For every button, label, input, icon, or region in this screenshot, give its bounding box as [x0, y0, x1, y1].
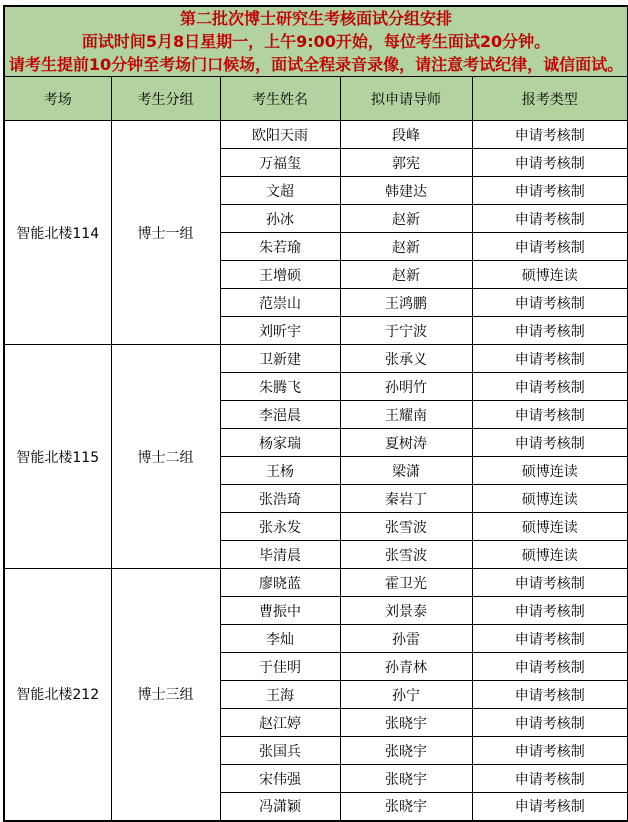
student-name-cell: 宋伟强	[220, 765, 340, 793]
mentor-cell: 梁潇	[340, 457, 472, 485]
mentor-cell: 韩建达	[340, 177, 472, 205]
application-type-cell: 申请考核制	[472, 597, 628, 625]
interview-schedule-table: 第二批次博士研究生考核面试分组安排 面试时间5月8日星期一，上午9:00开始，每…	[3, 5, 628, 822]
mentor-cell: 孙明竹	[340, 373, 472, 401]
application-type-cell: 申请考核制	[472, 121, 628, 149]
application-type-cell: 申请考核制	[472, 233, 628, 261]
column-header-type: 报考类型	[472, 77, 628, 121]
application-type-cell: 申请考核制	[472, 289, 628, 317]
application-type-cell: 申请考核制	[472, 653, 628, 681]
application-type-cell: 申请考核制	[472, 345, 628, 373]
student-name-cell: 朱若瑜	[220, 233, 340, 261]
student-name-cell: 曹振中	[220, 597, 340, 625]
student-name-cell: 张浩琦	[220, 485, 340, 513]
student-name-cell: 文超	[220, 177, 340, 205]
application-type-cell: 申请考核制	[472, 569, 628, 597]
mentor-cell: 赵新	[340, 233, 472, 261]
mentor-cell: 张晓宇	[340, 709, 472, 737]
mentor-cell: 于宁波	[340, 317, 472, 345]
student-name-cell: 李浥晨	[220, 401, 340, 429]
mentor-cell: 孙宁	[340, 681, 472, 709]
page-title: 第二批次博士研究生考核面试分组安排	[5, 7, 627, 30]
title-banner: 第二批次博士研究生考核面试分组安排 面试时间5月8日星期一，上午9:00开始，每…	[4, 6, 628, 77]
group-cell: 博士二组	[111, 345, 220, 569]
mentor-cell: 霍卫光	[340, 569, 472, 597]
mentor-cell: 孙青林	[340, 653, 472, 681]
student-name-cell: 杨家瑞	[220, 429, 340, 457]
mentor-cell: 王鸿鹏	[340, 289, 472, 317]
mentor-cell: 张晓宇	[340, 765, 472, 793]
application-type-cell: 硕博连读	[472, 541, 628, 569]
mentor-cell: 张承义	[340, 345, 472, 373]
table-row: 智能北楼212博士三组廖晓蓝霍卫光申请考核制	[4, 569, 628, 597]
application-type-cell: 申请考核制	[472, 317, 628, 345]
student-name-cell: 廖晓蓝	[220, 569, 340, 597]
application-type-cell: 申请考核制	[472, 765, 628, 793]
student-name-cell: 朱腾飞	[220, 373, 340, 401]
application-type-cell: 硕博连读	[472, 485, 628, 513]
student-name-cell: 王杨	[220, 457, 340, 485]
mentor-cell: 王耀南	[340, 401, 472, 429]
table-row: 智能北楼115博士二组卫新建张承义申请考核制	[4, 345, 628, 373]
table-row: 智能北楼114博士一组欧阳天雨段峰申请考核制	[4, 121, 628, 149]
interview-time-line: 面试时间5月8日星期一，上午9:00开始，每位考生面试20分钟。	[5, 30, 627, 53]
student-name-cell: 冯潇颖	[220, 793, 340, 821]
application-type-cell: 申请考核制	[472, 149, 628, 177]
mentor-cell: 张晓宇	[340, 793, 472, 821]
room-cell: 智能北楼115	[4, 345, 111, 569]
title-banner-row: 第二批次博士研究生考核面试分组安排 面试时间5月8日星期一，上午9:00开始，每…	[4, 6, 628, 77]
student-name-cell: 王海	[220, 681, 340, 709]
application-type-cell: 申请考核制	[472, 793, 628, 821]
application-type-cell: 申请考核制	[472, 737, 628, 765]
application-type-cell: 硕博连读	[472, 513, 628, 541]
mentor-cell: 赵新	[340, 261, 472, 289]
column-header-room: 考场	[4, 77, 111, 121]
mentor-cell: 秦岩丁	[340, 485, 472, 513]
application-type-cell: 申请考核制	[472, 401, 628, 429]
student-name-cell: 欧阳天雨	[220, 121, 340, 149]
group-cell: 博士一组	[111, 121, 220, 345]
student-name-cell: 赵江婷	[220, 709, 340, 737]
mentor-cell: 赵新	[340, 205, 472, 233]
application-type-cell: 申请考核制	[472, 429, 628, 457]
schedule-table-body: 智能北楼114博士一组欧阳天雨段峰申请考核制万福玺郭宪申请考核制文超韩建达申请考…	[4, 121, 628, 821]
student-name-cell: 李灿	[220, 625, 340, 653]
student-name-cell: 王增硕	[220, 261, 340, 289]
room-cell: 智能北楼114	[4, 121, 111, 345]
student-name-cell: 张永发	[220, 513, 340, 541]
application-type-cell: 申请考核制	[472, 177, 628, 205]
application-type-cell: 申请考核制	[472, 205, 628, 233]
mentor-cell: 孙雷	[340, 625, 472, 653]
student-name-cell: 范崇山	[220, 289, 340, 317]
mentor-cell: 郭宪	[340, 149, 472, 177]
mentor-cell: 段峰	[340, 121, 472, 149]
student-name-cell: 毕清晨	[220, 541, 340, 569]
student-name-cell: 于佳明	[220, 653, 340, 681]
student-name-cell: 孙冰	[220, 205, 340, 233]
column-header-mentor: 拟申请导师	[340, 77, 472, 121]
mentor-cell: 刘景泰	[340, 597, 472, 625]
application-type-cell: 硕博连读	[472, 261, 628, 289]
application-type-cell: 申请考核制	[472, 373, 628, 401]
student-name-cell: 刘昕宇	[220, 317, 340, 345]
application-type-cell: 申请考核制	[472, 709, 628, 737]
notice-line: 请考生提前10分钟至考场门口候场，面试全程录音录像，请注意考试纪律，诚信面试。	[5, 53, 627, 76]
column-header-name: 考生姓名	[220, 77, 340, 121]
column-header-row: 考场 考生分组 考生姓名 拟申请导师 报考类型	[4, 77, 628, 121]
application-type-cell: 申请考核制	[472, 625, 628, 653]
mentor-cell: 张晓宇	[340, 737, 472, 765]
student-name-cell: 卫新建	[220, 345, 340, 373]
application-type-cell: 硕博连读	[472, 457, 628, 485]
mentor-cell: 张雪波	[340, 513, 472, 541]
application-type-cell: 申请考核制	[472, 681, 628, 709]
group-cell: 博士三组	[111, 569, 220, 821]
student-name-cell: 万福玺	[220, 149, 340, 177]
mentor-cell: 夏树涛	[340, 429, 472, 457]
student-name-cell: 张国兵	[220, 737, 340, 765]
room-cell: 智能北楼212	[4, 569, 111, 821]
mentor-cell: 张雪波	[340, 541, 472, 569]
column-header-group: 考生分组	[111, 77, 220, 121]
